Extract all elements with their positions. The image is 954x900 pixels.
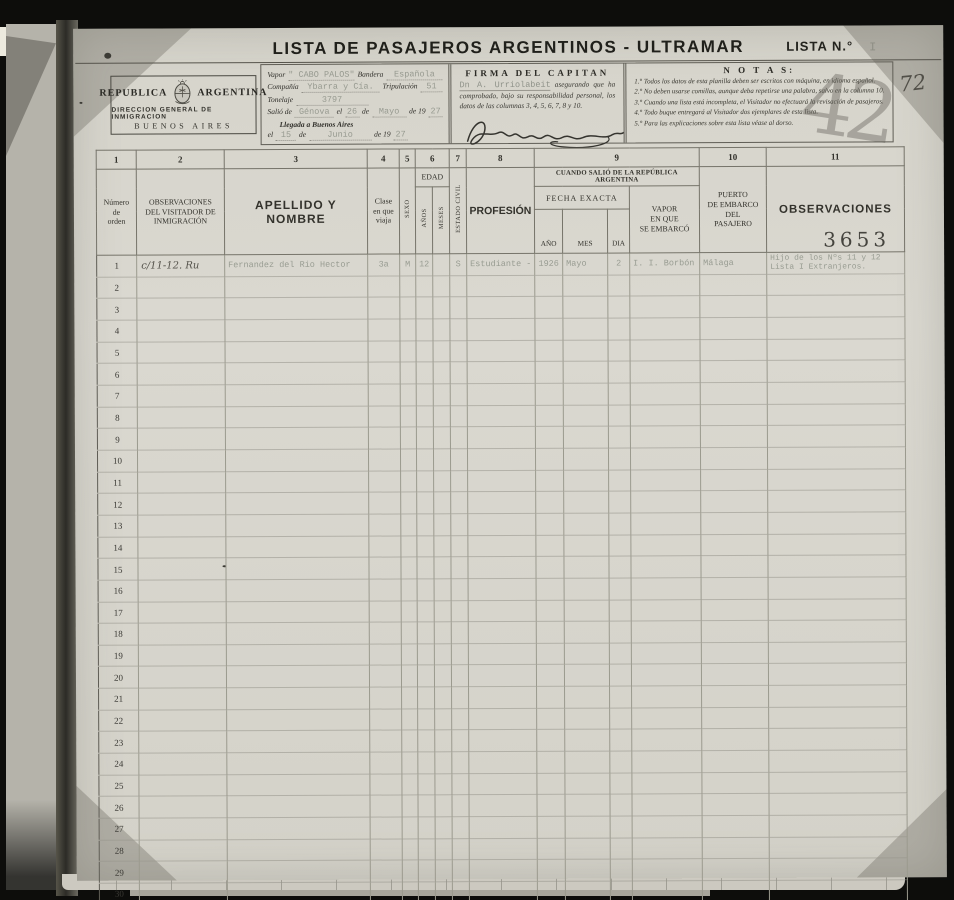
cell-ano — [537, 816, 565, 838]
cell-apellido — [225, 384, 368, 406]
cell-observaciones — [768, 533, 906, 555]
compania-value: Ybarra y Cía. — [302, 82, 380, 93]
cell-mes — [564, 665, 609, 687]
folio-pencil-number: 72 — [898, 70, 927, 97]
cell-apellido — [227, 882, 370, 900]
header-numero-orden: Número de orden — [96, 169, 136, 255]
cell-anos — [416, 297, 433, 319]
cell-anos — [417, 622, 434, 644]
captain-signature-box: FIRMA DEL CAPITAN Dn A. Urriolabeit aseg… — [448, 64, 623, 144]
cell-dia — [609, 491, 631, 513]
cell-estado — [452, 687, 469, 709]
cell-anos — [417, 514, 434, 536]
cell-mes — [565, 794, 610, 816]
compania-label: Compañía — [267, 82, 298, 91]
cell-vapor — [632, 729, 702, 751]
cell-puerto — [701, 469, 768, 491]
cell-apellido — [226, 601, 369, 623]
cell-sexo — [401, 665, 417, 687]
cell-sexo — [400, 406, 416, 428]
cell-mes — [564, 556, 609, 578]
cell-sexo — [400, 319, 416, 341]
cell-estado — [450, 319, 467, 341]
cell-sexo — [402, 730, 418, 752]
cell-estado — [452, 817, 469, 839]
row-number: 24 — [99, 753, 139, 775]
cell-visitador — [137, 320, 225, 342]
cell-apellido — [227, 687, 370, 709]
cell-mes — [563, 405, 608, 427]
cell-clase — [368, 319, 400, 341]
cell-sexo — [401, 470, 417, 492]
cell-clase — [369, 557, 401, 579]
cell-clase — [368, 384, 400, 406]
cell-profesion — [469, 751, 537, 773]
cell-visitador — [137, 406, 225, 428]
row-number: 8 — [97, 407, 137, 429]
cell-estado — [451, 665, 468, 687]
cell-anos: 12 — [416, 254, 433, 276]
cell-dia — [609, 599, 631, 621]
cell-visitador — [138, 536, 226, 558]
cell-vapor — [630, 296, 700, 318]
cell-ano — [535, 405, 563, 427]
cell-puerto — [700, 317, 767, 339]
ink-speck — [79, 102, 82, 104]
cell-clase — [369, 492, 401, 514]
cell-visitador — [138, 493, 226, 515]
cell-vapor — [630, 404, 700, 426]
cell-mes — [565, 686, 610, 708]
tonelaje-value: 3797 — [296, 94, 368, 105]
cell-apellido — [226, 579, 369, 601]
cell-dia: 2 — [608, 253, 630, 275]
cell-mes — [563, 383, 608, 405]
cell-ano — [535, 340, 563, 362]
cell-ano — [537, 708, 565, 730]
cell-puerto — [702, 685, 769, 707]
cell-profesion — [469, 881, 537, 900]
cell-dia — [608, 275, 630, 297]
row-number: 27 — [99, 818, 139, 840]
cell-estado — [451, 514, 468, 536]
page-title: LISTA DE PASAJEROS ARGENTINOS - ULTRAMAR — [272, 37, 744, 58]
cell-mes — [564, 578, 609, 600]
cell-clase — [369, 536, 401, 558]
cell-estado — [452, 730, 469, 752]
bandera-value: Española — [386, 69, 442, 80]
cell-visitador — [138, 558, 226, 580]
cell-dia — [609, 470, 631, 492]
cell-sexo — [400, 384, 416, 406]
cell-visitador — [138, 666, 226, 688]
cell-apellido — [225, 319, 368, 341]
cell-mes — [563, 426, 608, 448]
cell-vapor — [630, 448, 700, 470]
cell-puerto — [700, 296, 767, 318]
cell-ano — [535, 427, 563, 449]
cell-dia — [609, 664, 631, 686]
cell-clase — [368, 449, 400, 471]
col-number-2: 2 — [136, 150, 224, 169]
cell-profesion — [469, 730, 537, 752]
cell-sexo — [400, 449, 416, 471]
cell-meses — [435, 774, 452, 796]
cell-vapor — [632, 816, 702, 838]
bandera-label: Bandera — [358, 69, 384, 78]
cell-ano — [535, 383, 563, 405]
cell-mes — [565, 838, 610, 860]
row-number: 17 — [98, 602, 138, 624]
cell-meses — [433, 405, 450, 427]
cell-puerto — [702, 707, 769, 729]
cell-profesion — [469, 795, 537, 817]
cell-puerto — [702, 772, 769, 794]
cell-sexo — [401, 514, 417, 536]
cell-vapor — [631, 513, 701, 535]
cell-ano — [536, 470, 564, 492]
salio-month-value: Mayo — [372, 106, 406, 117]
previous-page-shadow — [6, 36, 56, 156]
cell-dia — [608, 318, 630, 340]
cell-clase — [370, 774, 402, 796]
cell-anos — [418, 839, 435, 861]
cell-visitador — [138, 645, 226, 667]
cell-puerto — [702, 729, 769, 751]
cell-observaciones — [767, 382, 905, 404]
cell-sexo — [402, 752, 418, 774]
vapor-value: " CABO PALOS" — [288, 69, 354, 80]
cell-mes — [565, 730, 610, 752]
cell-meses — [433, 362, 450, 384]
cell-observaciones — [767, 317, 905, 339]
cell-clase — [369, 644, 401, 666]
cell-clase — [368, 276, 400, 298]
cell-vapor — [631, 664, 701, 686]
cell-anos — [416, 384, 433, 406]
cell-ano — [535, 297, 563, 319]
cell-profesion — [467, 297, 535, 319]
cell-dia — [610, 729, 632, 751]
cell-apellido — [226, 666, 369, 688]
cell-meses — [435, 687, 452, 709]
cell-meses — [434, 644, 451, 666]
cell-visitador — [138, 601, 226, 623]
cell-visitador — [137, 298, 225, 320]
cell-mes — [563, 296, 608, 318]
cell-estado — [451, 535, 468, 557]
cell-sexo — [402, 817, 418, 839]
cell-visitador — [139, 710, 227, 732]
cell-ano — [536, 578, 564, 600]
cell-profesion — [467, 383, 535, 405]
cell-observaciones — [768, 555, 906, 577]
cell-profesion — [468, 492, 536, 514]
cell-dia — [608, 448, 630, 470]
row-number: 7 — [97, 385, 137, 407]
cell-apellido — [227, 774, 370, 796]
cell-anos — [418, 752, 435, 774]
cell-sexo — [401, 535, 417, 557]
cell-meses — [434, 514, 451, 536]
cell-ano — [537, 686, 565, 708]
cell-ano — [537, 838, 565, 860]
cell-clase — [370, 817, 402, 839]
header-cuando-salio: CUANDO SALIÓ DE LA REPÚBLICA ARGENTINA — [534, 167, 699, 187]
cell-vapor — [631, 534, 701, 556]
cell-profesion — [467, 275, 535, 297]
cell-sexo — [402, 774, 418, 796]
cell-vapor — [632, 881, 702, 900]
cell-estado — [450, 427, 467, 449]
cell-profesion — [467, 318, 535, 340]
cell-anos — [418, 882, 435, 900]
row-number: 16 — [98, 580, 138, 602]
cell-puerto — [701, 642, 768, 664]
cell-profesion — [468, 470, 536, 492]
cell-observaciones — [769, 772, 907, 794]
cell-puerto — [701, 534, 768, 556]
cell-clase — [369, 471, 401, 493]
col-number-6: 6 — [415, 149, 449, 168]
cell-observaciones — [769, 685, 907, 707]
firma-title: FIRMA DEL CAPITAN — [459, 68, 615, 79]
cell-ano — [536, 556, 564, 578]
cell-estado — [450, 449, 467, 471]
cell-sexo — [401, 492, 417, 514]
cell-mes — [565, 859, 610, 881]
header-observaciones: OBSERVACIONES 3653 — [766, 166, 904, 253]
scanned-document: LISTA DE PASAJEROS ARGENTINOS - ULTRAMAR… — [0, 0, 954, 900]
cell-visitador — [139, 796, 227, 818]
cell-puerto — [702, 750, 769, 772]
cell-vapor — [631, 642, 701, 664]
cell-dia — [609, 578, 631, 600]
cell-apellido — [225, 341, 368, 363]
cell-meses — [435, 882, 452, 900]
cell-vapor — [631, 469, 701, 491]
cell-apellido — [227, 731, 370, 753]
cell-ano — [536, 643, 564, 665]
cell-anos — [417, 665, 434, 687]
cell-visitador — [139, 883, 227, 900]
cell-dia — [609, 556, 631, 578]
cell-puerto — [702, 837, 769, 859]
header-estado-civil: ESTADO CIVIL — [449, 168, 466, 254]
cell-profesion — [468, 578, 536, 600]
cell-anos — [417, 600, 434, 622]
cell-puerto — [701, 664, 768, 686]
cell-anos — [417, 644, 434, 666]
header-puerto-embarco: PUERTO DE EMBARCO DEL PASAJERO — [699, 166, 766, 252]
cell-estado — [450, 340, 467, 362]
cell-vapor — [632, 794, 702, 816]
cell-mes — [564, 470, 609, 492]
cell-anos — [417, 470, 434, 492]
cell-profesion — [468, 557, 536, 579]
header-ano: AÑO — [534, 209, 562, 253]
cell-visitador — [137, 428, 225, 450]
col-number-1: 1 — [96, 150, 136, 169]
cell-observaciones: Hijo de los Nºs 11 y 12 Lista I Extranje… — [767, 252, 905, 274]
cell-estado — [452, 752, 469, 774]
cell-apellido — [225, 427, 368, 449]
cell-visitador — [138, 580, 226, 602]
cell-anos — [418, 795, 435, 817]
cell-visitador — [139, 688, 227, 710]
header-dia: DIA — [607, 209, 629, 253]
cell-apellido — [226, 557, 369, 579]
lista-number-value: I — [869, 40, 877, 54]
cell-clase — [368, 341, 400, 363]
cell-apellido: Fernandez del Rio Hector — [225, 254, 368, 276]
cell-dia — [610, 859, 632, 881]
header-apellido-nombre: APELLIDO Y NOMBRE — [224, 168, 367, 255]
cell-mes — [564, 600, 609, 622]
cell-estado — [452, 773, 469, 795]
cell-mes — [563, 275, 608, 297]
cell-anos — [417, 492, 434, 514]
cell-estado — [452, 882, 469, 900]
cell-vapor — [631, 491, 701, 513]
row-number: 4 — [97, 320, 137, 342]
cell-estado — [451, 579, 468, 601]
cell-visitador — [138, 471, 226, 493]
cell-meses — [433, 384, 450, 406]
table-body: 1c/11-12. RuFernandez del Rio Hector3aM1… — [97, 252, 908, 900]
cell-puerto — [700, 361, 767, 383]
cell-profesion — [468, 535, 536, 557]
cell-observaciones — [769, 880, 907, 900]
cell-profesion — [467, 405, 535, 427]
cell-vapor — [632, 837, 702, 859]
cell-sexo — [400, 362, 416, 384]
cell-anos — [416, 340, 433, 362]
republic-emblem-box: REPUBLICA ARGENTINA DIRECCION GENERAL DE… — [110, 75, 256, 135]
col-number-7: 7 — [449, 149, 466, 168]
cell-meses — [433, 254, 450, 276]
header-fecha-exacta: FECHA EXACTA — [534, 186, 629, 209]
row-number: 2 — [97, 277, 137, 299]
row-number: 11 — [98, 472, 138, 494]
cell-ano — [537, 860, 565, 882]
cell-vapor — [631, 578, 701, 600]
cell-vapor — [632, 772, 702, 794]
cell-sexo — [402, 709, 418, 731]
col-number-9: 9 — [534, 148, 699, 168]
cell-vapor — [631, 621, 701, 643]
cell-visitador — [139, 839, 227, 861]
cell-clase — [370, 839, 402, 861]
cell-anos — [416, 362, 433, 384]
vapor-label: Vapor — [267, 69, 285, 78]
cell-vapor — [630, 339, 700, 361]
cell-estado — [452, 860, 469, 882]
cell-dia — [609, 513, 631, 535]
cell-clase — [368, 406, 400, 428]
cell-clase — [369, 665, 401, 687]
cell-anos — [418, 687, 435, 709]
row-number: 10 — [97, 450, 137, 472]
table-header: 1 2 3 4 5 6 7 8 9 10 11 Número de orden … — [96, 147, 904, 256]
row-number: 23 — [99, 732, 139, 754]
cell-puerto — [702, 880, 769, 900]
row-number: 22 — [99, 710, 139, 732]
cell-sexo — [401, 644, 417, 666]
direccion-label: DIRECCION GENERAL DE INMIGRACION — [111, 106, 255, 121]
cell-anos — [416, 319, 433, 341]
cell-observaciones — [768, 490, 906, 512]
cell-ano — [537, 795, 565, 817]
cell-profesion — [468, 622, 536, 644]
cell-sexo — [401, 622, 417, 644]
cell-clase — [370, 709, 402, 731]
cell-dia — [608, 383, 630, 405]
cell-clase — [369, 600, 401, 622]
cell-dia — [610, 881, 632, 900]
cell-meses — [433, 427, 450, 449]
buenos-aires-label: BUENOS AIRES — [134, 121, 233, 130]
cell-estado — [452, 708, 469, 730]
cell-meses — [434, 535, 451, 557]
cell-observaciones — [769, 793, 907, 815]
cell-anos — [417, 535, 434, 557]
cell-anos — [416, 405, 433, 427]
cell-meses — [434, 557, 451, 579]
ship-details-box: Vapor " CABO PALOS" Bandera Española Com… — [261, 64, 448, 144]
cell-observaciones — [767, 403, 905, 425]
cell-mes — [563, 448, 608, 470]
cell-visitador — [138, 623, 226, 645]
cell-mes — [564, 643, 609, 665]
cell-profesion — [467, 340, 535, 362]
cell-dia — [609, 643, 631, 665]
col-number-3: 3 — [224, 149, 367, 169]
cell-observaciones — [769, 815, 907, 837]
cell-profesion — [469, 860, 537, 882]
cell-anos — [416, 449, 433, 471]
cell-apellido — [225, 406, 368, 428]
row-number: 19 — [98, 645, 138, 667]
cell-sexo — [401, 579, 417, 601]
cell-estado — [452, 795, 469, 817]
cell-estado — [450, 362, 467, 384]
header-mes: MES — [562, 209, 607, 253]
cell-apellido — [226, 622, 369, 644]
cell-anos — [418, 860, 435, 882]
cell-apellido — [227, 796, 370, 818]
coat-of-arms-icon — [171, 79, 193, 105]
cell-apellido — [226, 644, 369, 666]
cell-profesion — [469, 838, 537, 860]
cell-visitador — [139, 818, 227, 840]
cell-meses — [433, 319, 450, 341]
cell-ano — [535, 362, 563, 384]
cell-apellido — [227, 860, 370, 882]
cell-profesion — [468, 643, 536, 665]
cell-dia — [610, 838, 632, 860]
cell-visitador — [137, 341, 225, 363]
col-number-5: 5 — [399, 149, 415, 168]
cell-estado — [451, 622, 468, 644]
cell-mes — [564, 621, 609, 643]
cell-clase — [368, 427, 400, 449]
cell-puerto — [701, 599, 768, 621]
cell-sexo — [402, 687, 418, 709]
cell-visitador — [139, 731, 227, 753]
cell-puerto — [700, 447, 767, 469]
cell-profesion — [467, 448, 535, 470]
